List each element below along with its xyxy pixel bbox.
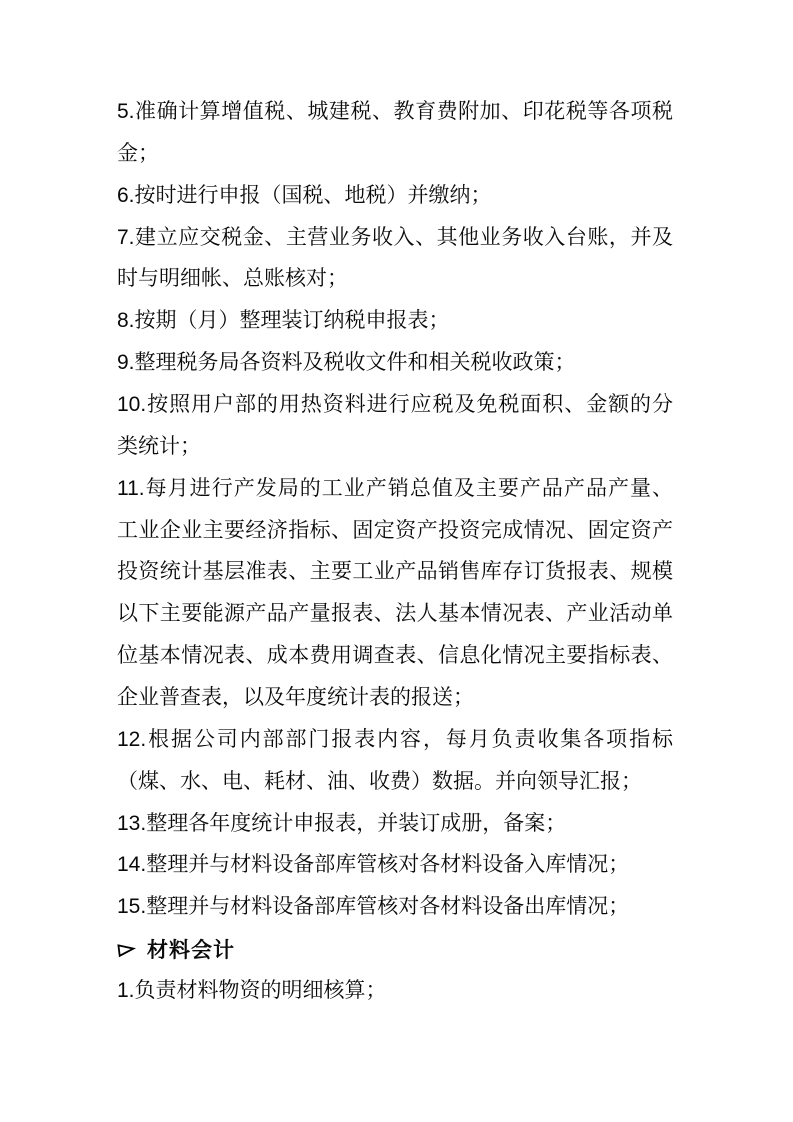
text-line: 9.整理税务局各资料及税收文件和相关税收政策； [117,342,673,384]
text-line: 以下主要能源产品产量报表、法人基本情况表、产业活动单 [117,593,673,635]
document-body: 5.准确计算增值税、城建税、教育费附加、印花税等各项税 金； 6.按时进行申报（… [117,91,673,1012]
section-heading: 材料会计 [117,928,673,970]
text-line: 10.按照用户部的用热资料进行应税及免税面积、金额的分 [117,384,673,426]
text-line: 11.每月进行产发局的工业产销总值及主要产品产品产量、 [117,468,673,510]
text-line: 7.建立应交税金、主营业务收入、其他业务收入台账，并及 [117,217,673,259]
section-heading-label: 材料会计 [147,934,235,964]
text-line: 1.负责材料物资的明细核算； [117,970,673,1012]
text-line: 15.整理并与材料设备部库管核对各材料设备出库情况； [117,886,673,928]
document-page: 5.准确计算增值税、城建税、教育费附加、印花税等各项税 金； 6.按时进行申报（… [0,0,793,1122]
text-line: 12.根据公司内部部门报表内容，每月负责收集各项指标 [117,719,673,761]
text-line: 5.准确计算增值税、城建税、教育费附加、印花税等各项税 [117,91,673,133]
text-line: 企业普查表，以及年度统计表的报送； [117,677,673,719]
text-line: 位基本情况表、成本费用调查表、信息化情况主要指标表、 [117,635,673,677]
text-line: 金； [117,133,673,175]
text-line: 13.整理各年度统计申报表，并装订成册，备案； [117,803,673,845]
text-line: 投资统计基层准表、主要工业产品销售库存订货报表、规模 [117,551,673,593]
text-line: 时与明细帐、总账核对； [117,258,673,300]
text-line: 工业企业主要经济指标、固定资产投资完成情况、固定资产 [117,510,673,552]
text-line: 类统计； [117,426,673,468]
text-line: 14.整理并与材料设备部库管核对各材料设备入库情况； [117,844,673,886]
text-line: （煤、水、电、耗材、油、收费）数据。并向领导汇报； [117,761,673,803]
text-line: 6.按时进行申报（国税、地税）并缴纳； [117,175,673,217]
text-line: 8.按期（月）整理装订纳税申报表； [117,300,673,342]
arrowhead-right-icon [117,941,147,958]
